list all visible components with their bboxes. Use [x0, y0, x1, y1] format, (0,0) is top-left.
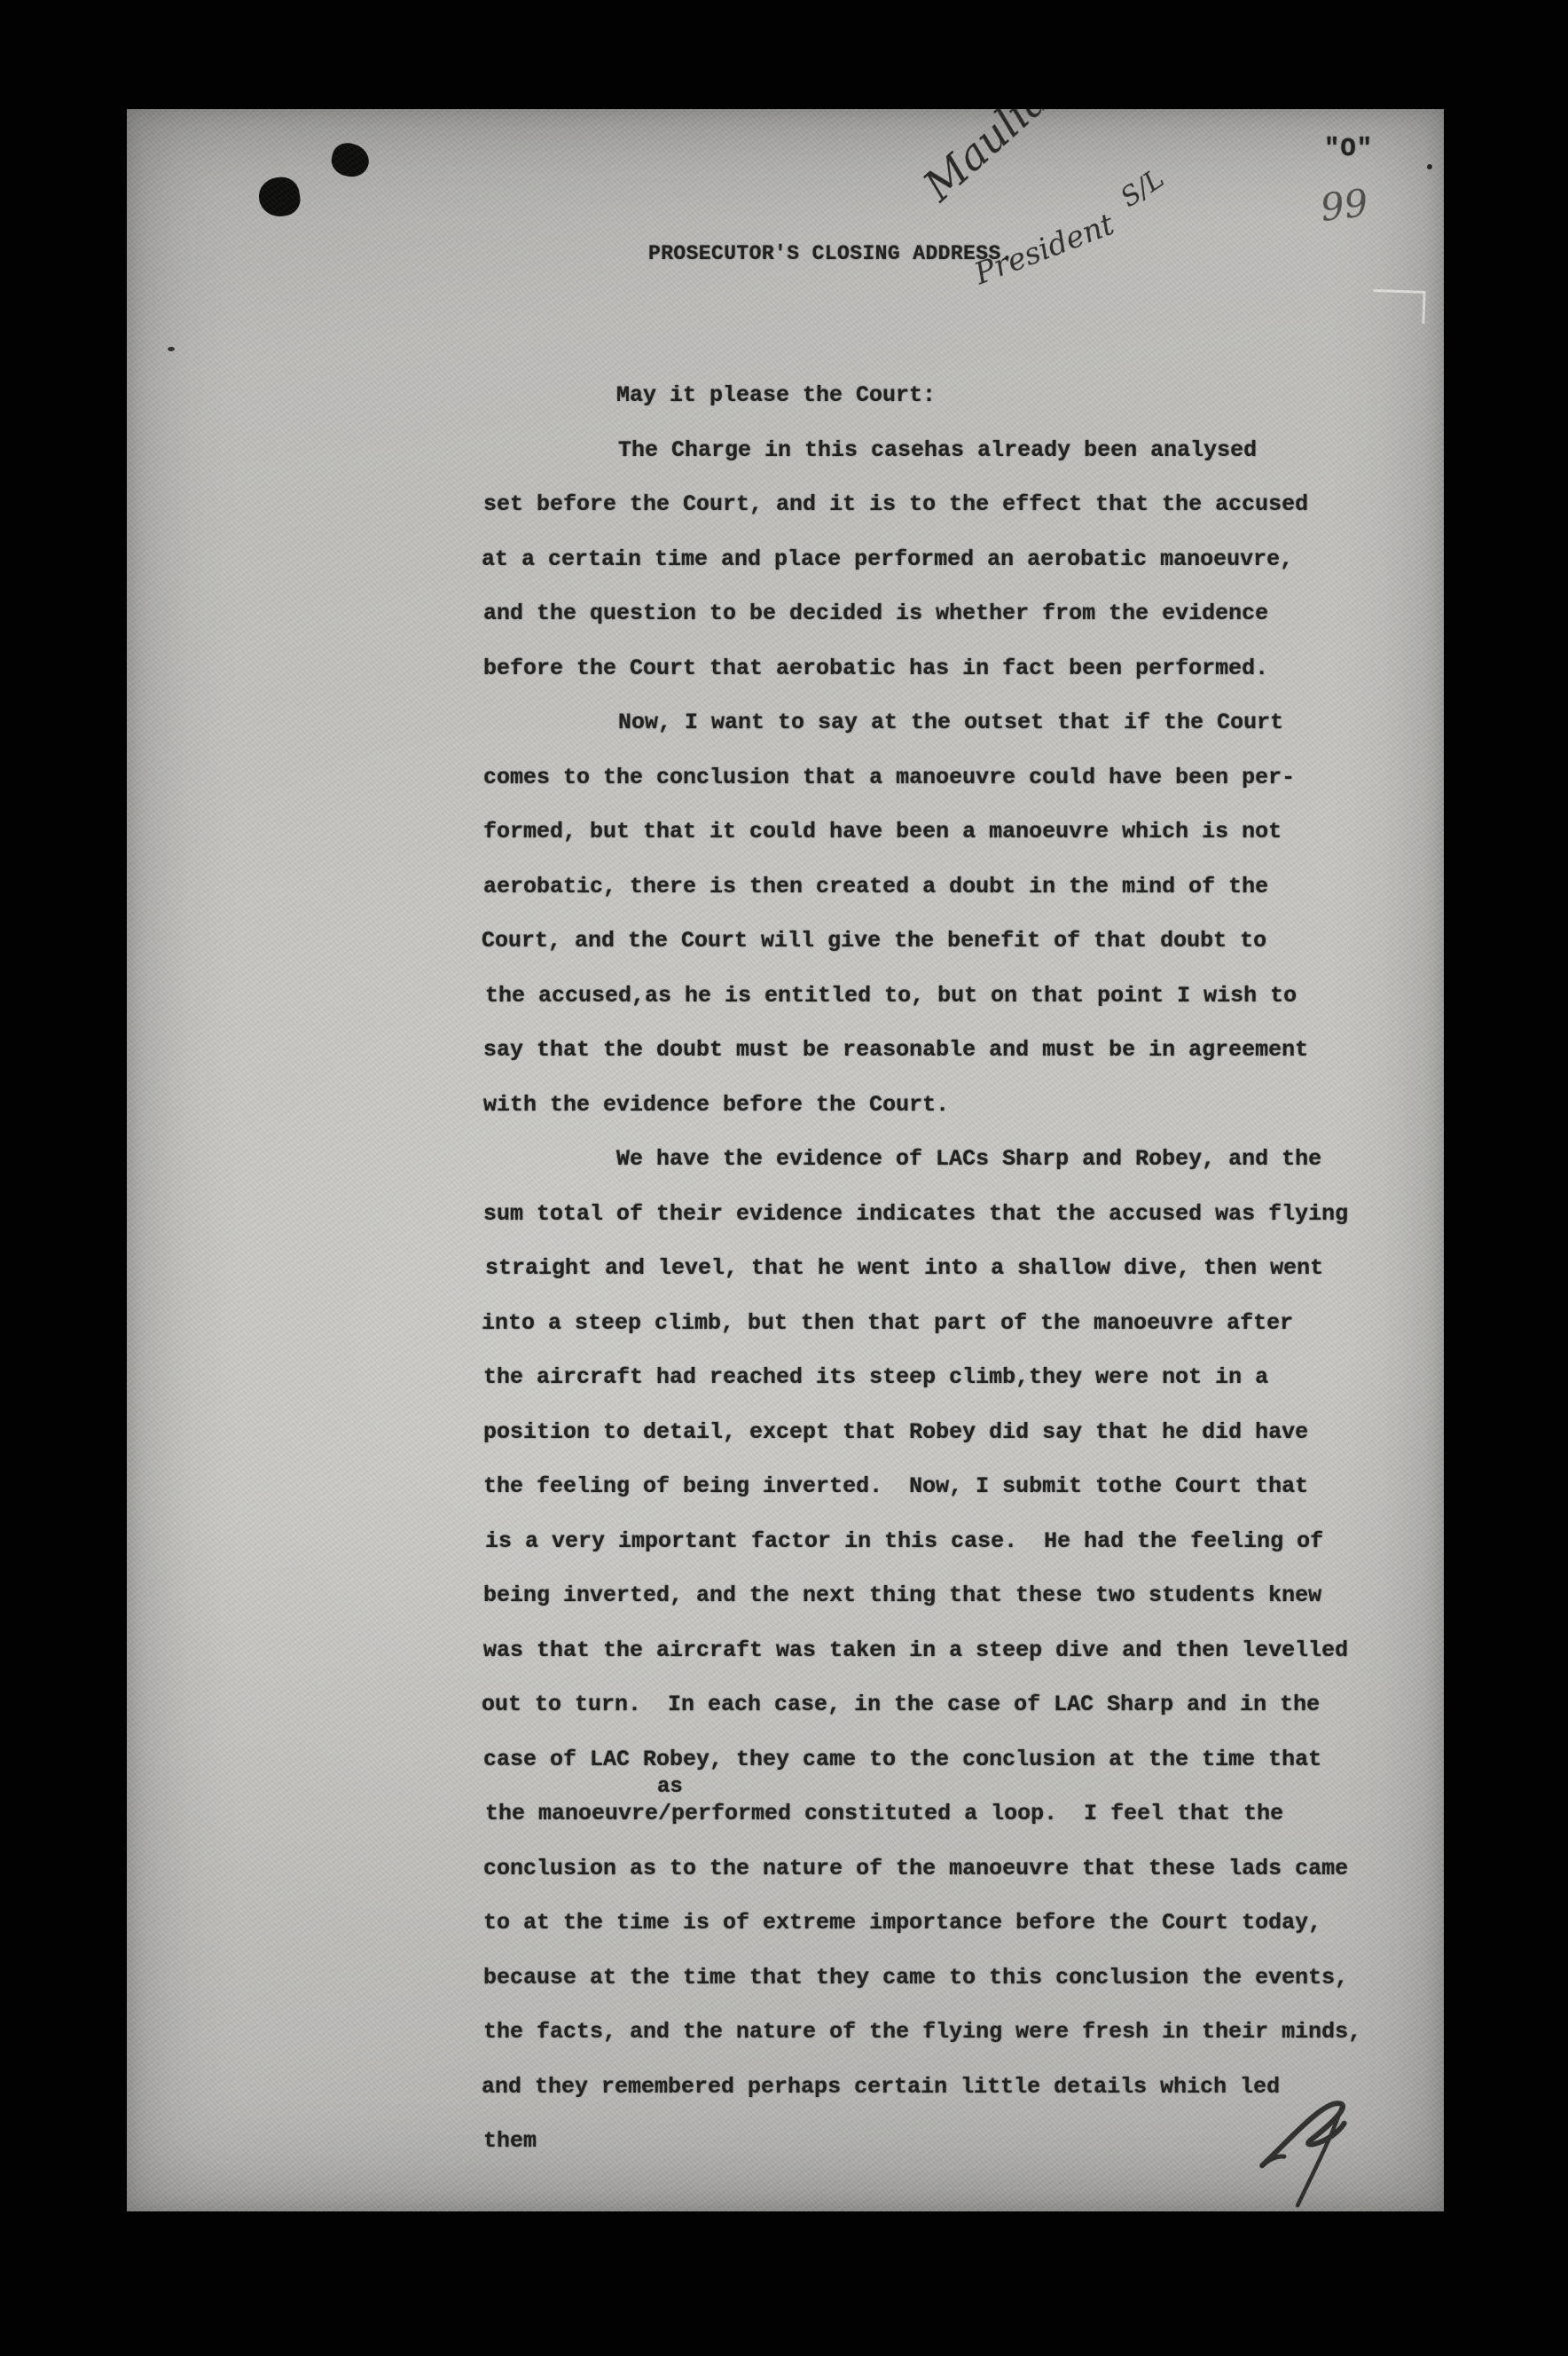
text-line: position to detail, except that Robey di…: [483, 1405, 1444, 1460]
signature-handwriting: Mauliard: [914, 109, 1094, 211]
text-line: with the evidence before the Court.: [483, 1078, 1444, 1133]
text-line: the accused,as he is entitled to, but on…: [485, 969, 1444, 1024]
text-line: straight and level, that he went into a …: [485, 1241, 1444, 1296]
text-line: was that the aircraft was taken in a ste…: [483, 1623, 1444, 1678]
initials-scribble: [1247, 2073, 1371, 2211]
ink-blot: [328, 139, 372, 180]
text-line: the aircraft had reached its steep climb…: [483, 1350, 1444, 1405]
document-page: "O" 99 Mauliard S/L President PROSECUTOR…: [127, 109, 1444, 2211]
interline-insertion: as: [657, 1775, 683, 1799]
text-line: into a steep climb, but then that part o…: [482, 1296, 1444, 1351]
text-line: the facts, and the nature of the flying …: [483, 2005, 1444, 2060]
text-line: May it please the Court:: [483, 368, 1444, 423]
text-line: is a very important factor in this case.…: [485, 1514, 1444, 1569]
text-line: formed, but that it could have been a ma…: [483, 805, 1444, 860]
ink-blot: [256, 175, 302, 220]
scan-background: "O" 99 Mauliard S/L President PROSECUTOR…: [0, 0, 1568, 2356]
ink-speck: [168, 347, 175, 351]
text-line: sum total of their evidence indicates th…: [483, 1187, 1444, 1242]
text-line: to at the time is of extreme importance …: [483, 1896, 1444, 1951]
text-line: being inverted, and the next thing that …: [483, 1568, 1444, 1623]
text-line: before the Court that aerobatic has in f…: [483, 641, 1444, 696]
scratch-mark: [1372, 289, 1425, 324]
text-line: the manoeuvre/performed constituted a lo…: [485, 1787, 1444, 1842]
text-line: set before the Court, and it is to the e…: [483, 477, 1444, 532]
body-text: May it please the Court:The Charge in th…: [483, 368, 1444, 2169]
text-line: out to turn. In each case, in the case o…: [482, 1677, 1444, 1732]
text-line: Court, and the Court will give the benef…: [482, 914, 1444, 969]
classification-mark: "O": [1324, 134, 1373, 163]
text-line: at a certain time and place performed an…: [482, 532, 1444, 587]
text-line: because at the time that they came to th…: [483, 1951, 1444, 2006]
signature-rank-annotation: S/L: [1116, 163, 1171, 214]
text-line: comes to the conclusion that a manoeuvre…: [483, 750, 1444, 805]
text-line: the feeling of being inverted. Now, I su…: [483, 1459, 1444, 1514]
document-title: PROSECUTOR'S CLOSING ADDRESS.: [648, 242, 1014, 265]
text-line: The Charge in this casehas already been …: [485, 423, 1444, 478]
text-line: and the question to be decided is whethe…: [483, 586, 1444, 641]
handwritten-page-number: 99: [1318, 181, 1370, 230]
text-line: case of LAC Robey, they came to the conc…: [483, 1732, 1444, 1787]
text-line: Now, I want to say at the outset that if…: [485, 695, 1444, 750]
text-line: We have the evidence of LACs Sharp and R…: [483, 1132, 1444, 1187]
text-line: say that the doubt must be reasonable an…: [483, 1023, 1444, 1078]
text-line: conclusion as to the nature of the manoe…: [483, 1842, 1444, 1897]
text-line: aerobatic, there is then created a doubt…: [483, 860, 1444, 915]
ink-speck: [1427, 164, 1432, 169]
